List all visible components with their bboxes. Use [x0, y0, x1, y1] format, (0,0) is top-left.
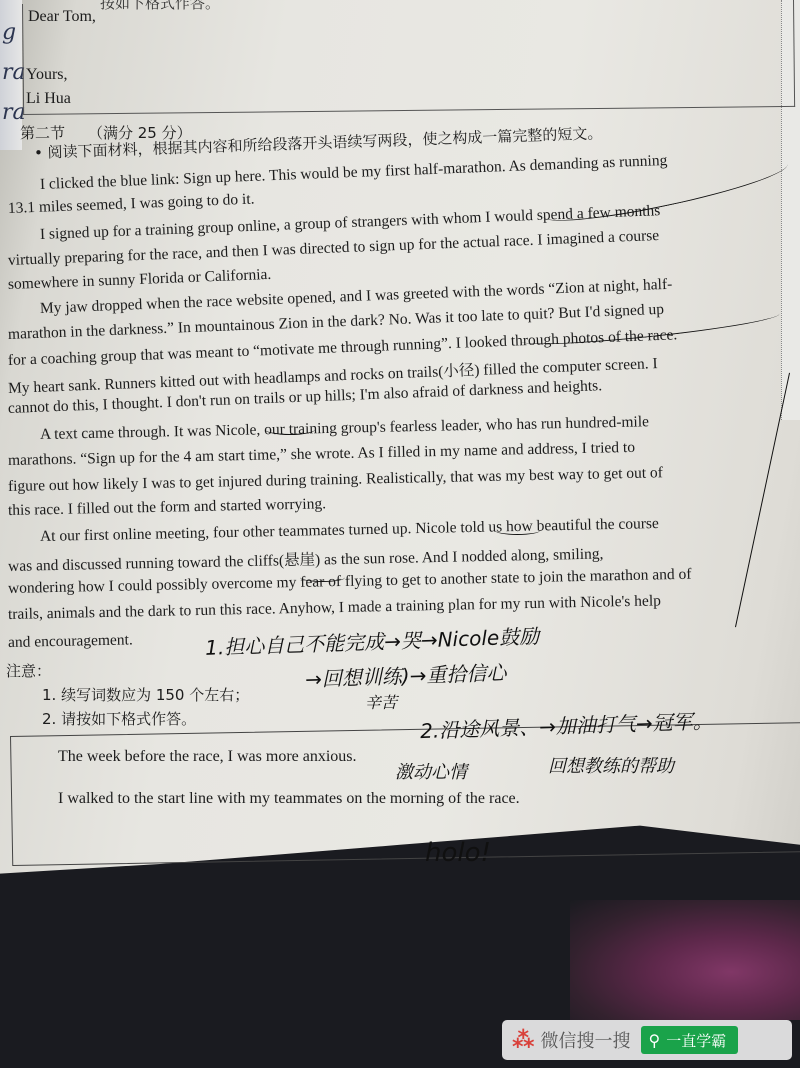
para1-start: The week before the race, I was more anx… — [58, 748, 357, 766]
letter-greeting: Dear Tom, — [28, 8, 96, 26]
section-title: 第二节 — [20, 122, 65, 143]
notes-title: 注意： — [6, 660, 51, 681]
letter-box — [22, 0, 795, 115]
para2-start: I walked to the start line with my teamm… — [58, 790, 520, 808]
notebook-scribble: g — [2, 20, 16, 45]
handwritten-underline — [495, 526, 540, 535]
handwritten-underline — [265, 424, 315, 435]
note-item: 1. 续写词数应为 150 个左右； — [42, 684, 249, 705]
wechat-search-label: 微信搜一搜 — [541, 1027, 631, 1053]
search-button[interactable]: ⚲ 一直学霸 — [641, 1026, 739, 1054]
wechat-search-bar[interactable]: ⁂ 微信搜一搜 ⚲ 一直学霸 — [502, 1020, 792, 1060]
note-item: 2. 请按如下格式作答。 — [42, 708, 196, 729]
handwritten-note: 辛苦 — [365, 690, 397, 713]
letter-closing: Yours, — [26, 66, 68, 84]
handwritten-note: 回想教练的帮助 — [548, 752, 674, 778]
passage-line: and encouragement. — [8, 631, 133, 652]
adjacent-notebook: g ra ra — [0, 0, 22, 150]
wechat-search-icon: ⁂ — [512, 1028, 535, 1053]
search-button-label: 一直学霸 — [666, 1030, 726, 1051]
search-icon: ⚲ — [649, 1031, 661, 1050]
background-blanket — [570, 900, 800, 1020]
handwritten-underline — [300, 573, 345, 582]
handwritten-note: holo! — [425, 838, 491, 868]
handwritten-note: 激动心情 — [395, 758, 467, 784]
letter-signature: Li Hua — [26, 90, 71, 108]
